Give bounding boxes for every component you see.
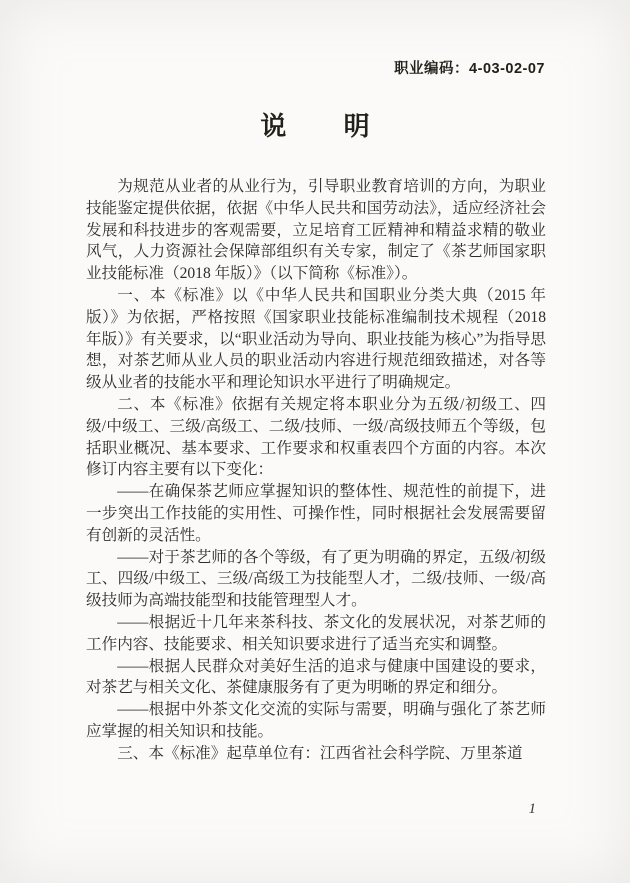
paragraph-item-2: 二、本《标准》依据有关规定将本职业分为五级/初级工、四级/中级工、三级/高级工、…	[86, 394, 546, 481]
paragraph-change-4: ——根据人民群众对美好生活的追求与健康中国建设的要求，对茶艺与相关文化、茶健康服…	[86, 656, 546, 700]
paragraph-change-2: ——对于茶艺师的各个等级，有了更为明确的界定，五级/初级工、四级/中级工、三级/…	[86, 547, 546, 612]
occupation-code: 职业编码：4-03-02-07	[394, 57, 545, 78]
paragraph-item-3: 三、本《标准》起草单位有：江西省社会科学院、万里茶道	[86, 743, 546, 765]
paragraph-change-5: ——根据中外茶文化交流的实际与需要，明确与强化了茶艺师应掌握的相关知识和技能。	[86, 699, 546, 743]
document-body: 为规范从业者的从业行为，引导职业教育培训的方向，为职业技能鉴定提供依据，依据《中…	[86, 176, 546, 765]
paragraph-intro: 为规范从业者的从业行为，引导职业教育培训的方向，为职业技能鉴定提供依据，依据《中…	[86, 176, 546, 285]
document-page: 职业编码：4-03-02-07 说明 为规范从业者的从业行为，引导职业教育培训的…	[0, 0, 630, 883]
page-title-text: 说明	[260, 111, 426, 141]
page-title: 说明	[0, 106, 630, 143]
paragraph-item-1: 一、本《标准》以《中华人民共和国职业分类大典（2015 年版）》为依据，严格按照…	[86, 285, 546, 394]
page-number: 1	[529, 801, 537, 818]
paragraph-change-3: ——根据近十几年来茶科技、茶文化的发展状况，对茶艺师的工作内容、技能要求、相关知…	[86, 612, 546, 656]
paragraph-change-1: ——在确保茶艺师应掌握知识的整体性、规范性的前提下，进一步突出工作技能的实用性、…	[86, 481, 546, 546]
